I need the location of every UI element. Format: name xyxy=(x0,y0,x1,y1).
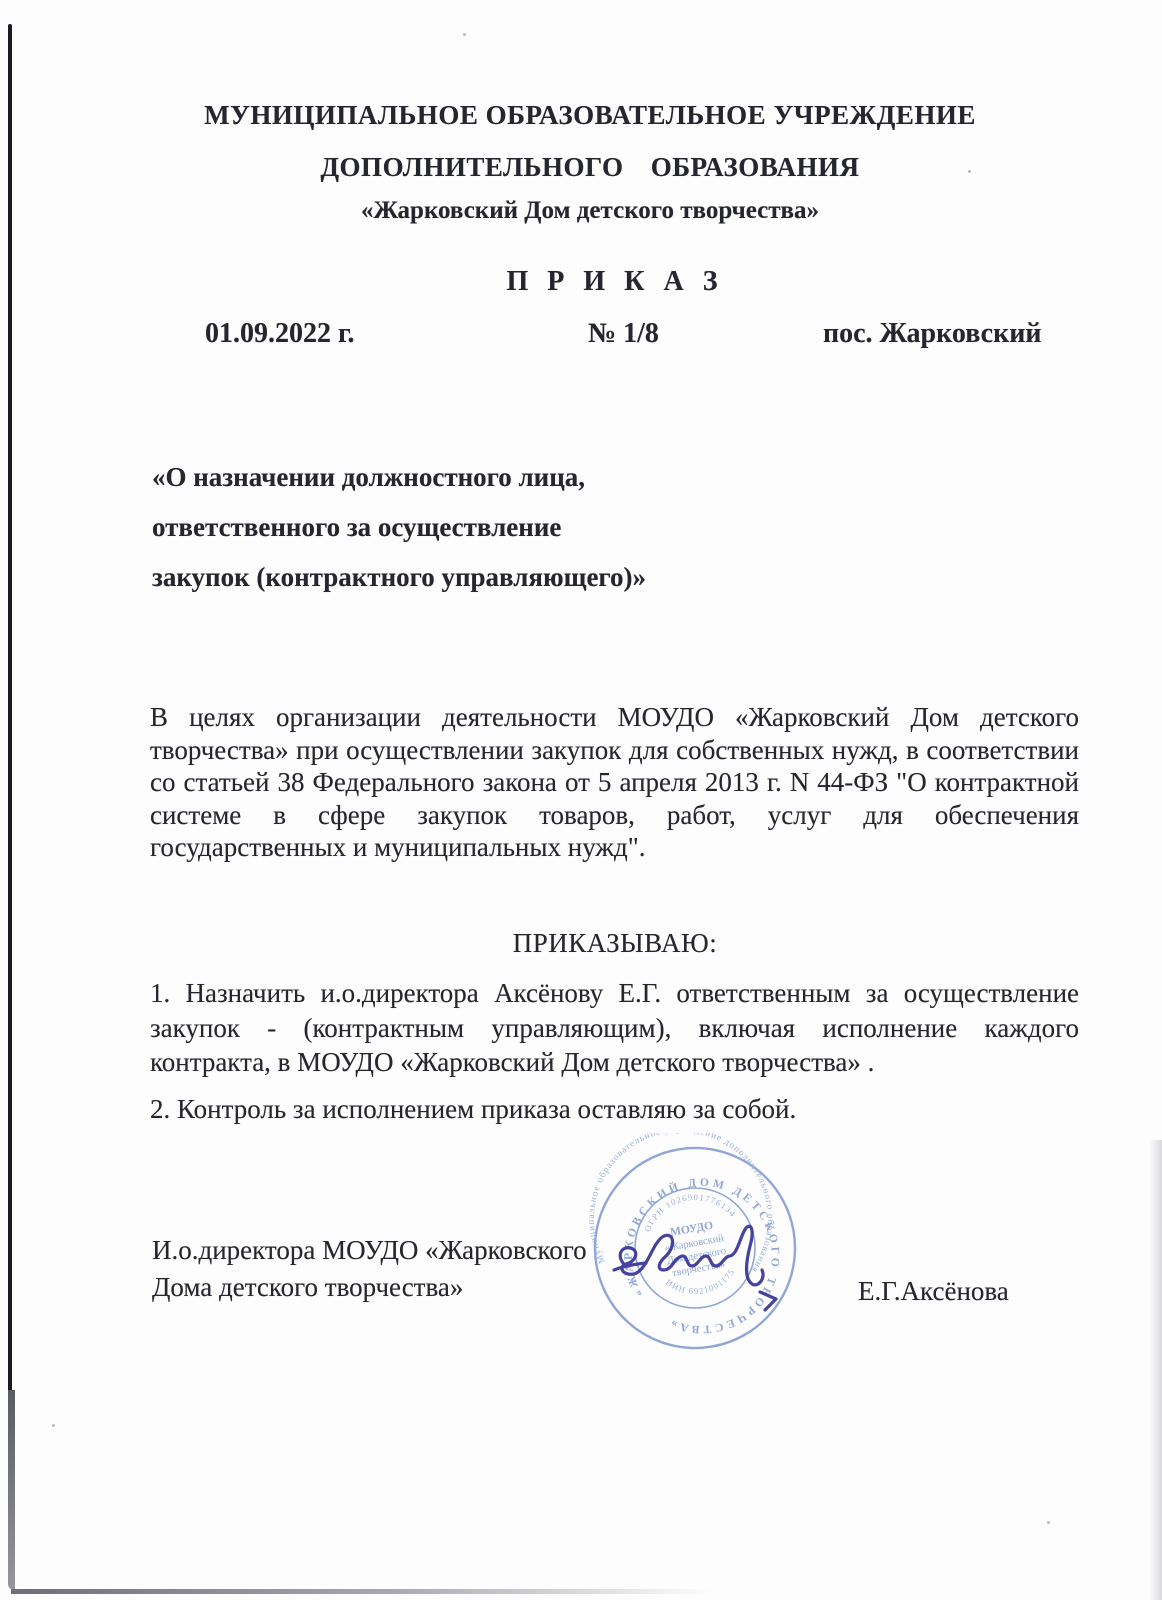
org-name-line2: ДОПОЛНИТЕЛЬНОГО ОБРАЗОВАНИЯ xyxy=(90,152,1090,183)
org-name-line3: «Жарковский Дом детского творчества» xyxy=(90,197,1090,225)
scan-left-edge-line-lower xyxy=(8,1390,15,1590)
order-item-2: 2. Контроль за исполнением приказа остав… xyxy=(150,1092,1079,1127)
signatory-name: Е.Г.Аксёнова xyxy=(858,1276,1009,1307)
subject-line: закупок (контрактного управляющего)» xyxy=(152,552,792,602)
order-preamble: В целях организации деятельности МОУДО «… xyxy=(150,701,1079,864)
signatory-position-line1: И.о.директора МОУДО «Жарковского xyxy=(152,1232,632,1269)
order-place: пос. Жарковский xyxy=(823,318,1041,350)
signatory-position: И.о.директора МОУДО «Жарковского Дома де… xyxy=(152,1232,632,1305)
scan-speck xyxy=(1047,1521,1050,1524)
order-date: 01.09.2022 г. xyxy=(205,318,355,350)
scan-speck xyxy=(463,33,466,36)
order-item-1: 1. Назначить и.о.директора Аксёнову Е.Г.… xyxy=(150,976,1079,1080)
subject-line: ответственного за осуществление xyxy=(152,502,792,552)
scan-right-shadow xyxy=(1149,1140,1162,1600)
order-subject: «О назначении должностного лица, ответст… xyxy=(152,452,792,602)
handwritten-signature xyxy=(612,1206,807,1318)
scan-speck xyxy=(52,1424,55,1427)
signatory-position-line2: Дома детского творчества» xyxy=(152,1269,632,1306)
org-name-line1: МУНИЦИПАЛЬНОЕ ОБРАЗОВАТЕЛЬНОЕ УЧРЕЖДЕНИЕ xyxy=(90,100,1090,131)
document-type-title: П Р И К А З xyxy=(150,266,1080,298)
signature-graphic xyxy=(612,1206,807,1318)
order-heading: ПРИКАЗЫВАЮ: xyxy=(150,928,1080,959)
order-number: № 1/8 xyxy=(588,318,659,350)
scanned-order-document: МУНИЦИПАЛЬНОЕ ОБРАЗОВАТЕЛЬНОЕ УЧРЕЖДЕНИЕ… xyxy=(0,0,1162,1600)
subject-line: «О назначении должностного лица, xyxy=(152,452,792,502)
scan-bottom-edge-line xyxy=(11,1589,711,1594)
scan-left-edge-line xyxy=(8,24,12,1395)
